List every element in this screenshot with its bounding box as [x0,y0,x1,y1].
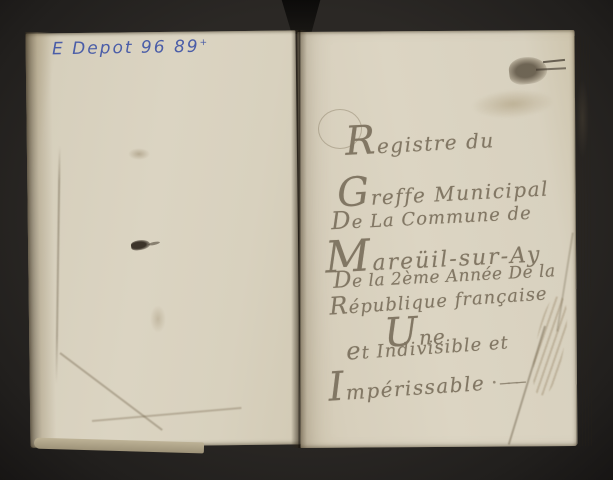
manuscript-line-1: Registre du [344,114,495,162]
shelfmark-mark: + [199,38,207,48]
shelfmark-code: E Depot 96 89 [52,37,200,60]
page-block-fore-edge [574,36,592,446]
scanned-manuscript: E Depot 96 89+ Registre du Greffe Munici… [0,0,613,480]
book-spine-top [278,0,324,34]
binding-gutter-shadow [291,30,307,448]
left-cover-hinge [25,32,56,448]
flourish-dash: · ⎯⎯⎯ [484,368,524,395]
archival-shelfmark: E Depot 96 89+ [52,37,207,60]
left-blank-page [25,30,300,447]
